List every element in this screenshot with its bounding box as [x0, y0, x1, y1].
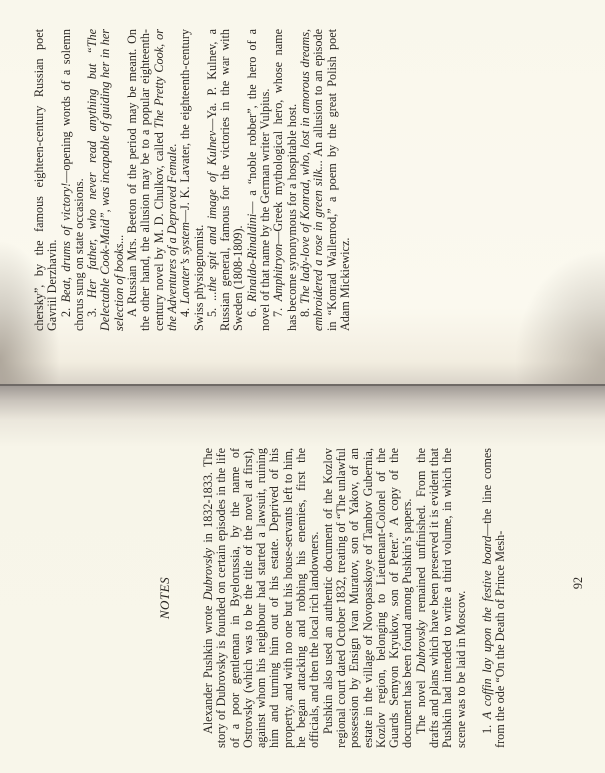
footnote: 1. A coffin lay upon the festive board—t…	[481, 448, 508, 748]
right-page-text: chersky”, by the famous eighteen-century…	[33, 29, 352, 331]
footnote: 5. ...the spit and image of Kulnev—Ya. P…	[206, 29, 246, 331]
footnote: 2. Beat, drums of victory!—opening words…	[60, 29, 87, 331]
footnote: 6. Rinaldo-Rinaldini— a “noble robber”, …	[246, 29, 273, 331]
page-title: NOTES	[158, 448, 172, 748]
footnote: 4. Lavater’s system—J. K. Lavater, the e…	[179, 29, 206, 331]
footnote: chersky”, by the famous eighteen-century…	[33, 29, 60, 331]
paragraph: The novel Dubrovsky remained unfinished.…	[415, 448, 468, 748]
footnote: 7. Amphitryon—Greek mythological hero, w…	[272, 29, 299, 331]
left-page-text: NOTES Alexander Pushkin wrote Dubrovsky …	[158, 448, 508, 748]
footnote: A Russian Mrs. Beeton of the period may …	[126, 29, 179, 331]
page-number: 92	[572, 570, 585, 596]
book-gutter-fold	[0, 384, 605, 386]
left-page-body: Alexander Pushkin wrote Dubrovsky in 183…	[202, 448, 508, 748]
paragraph: Alexander Pushkin wrote Dubrovsky in 183…	[202, 448, 322, 748]
footnote: 8. The lady-love of Konrad, who, lost in…	[299, 29, 352, 331]
paragraph: Pushkin also used an authentic document …	[322, 448, 415, 748]
footnote: 3. Her father, who never read anything b…	[86, 29, 126, 331]
